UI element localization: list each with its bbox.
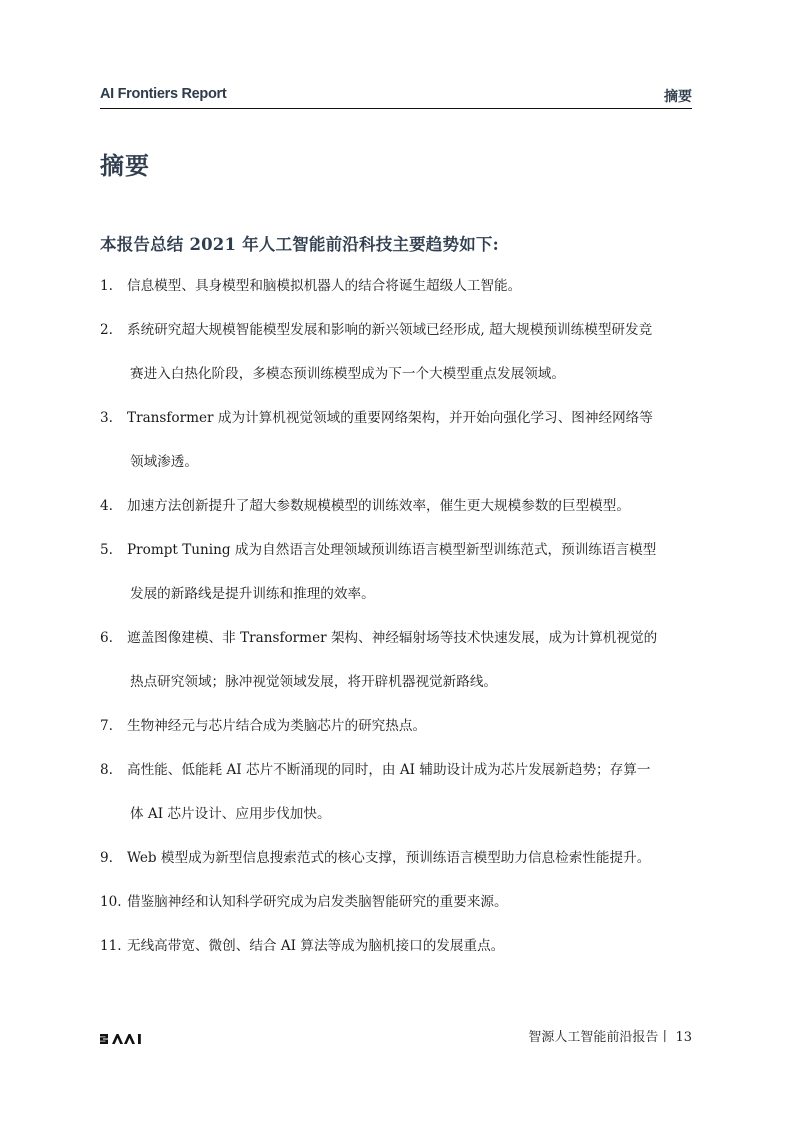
item-text: Web 模型成为新型信息搜索范式的核心支撑，预训练语言模型助力信息检索性能提升。 [100, 847, 694, 869]
trend-list: 1. 信息模型、具身模型和脑模拟机器人的结合将诞生超级人工智能。 2. 系统研究… [100, 275, 694, 957]
item-number: 10. [100, 891, 122, 913]
list-item: 4. 加速方法创新提升了超大参数规模模型的训练效率，催生更大规模参数的巨型模型。 [100, 495, 694, 517]
item-text: 借鉴脑神经和认知科学研究成为启发类脑智能研究的重要来源。 [100, 891, 694, 913]
list-item: 5. Prompt Tuning 成为自然语言处理领域预训练语言模型新型训练范式… [100, 539, 694, 605]
list-item: 9. Web 模型成为新型信息搜索范式的核心支撑，预训练语言模型助力信息检索性能… [100, 847, 694, 869]
list-item: 11. 无线高带宽、微创、结合 AI 算法等成为脑机接口的发展重点。 [100, 935, 694, 957]
item-number: 2. [100, 319, 113, 341]
running-header: AI Frontiers Report 摘要 [100, 86, 692, 109]
item-text-continued: 热点研究领域；脉冲视觉领域发展，将开辟机器视觉新路线。 [100, 671, 694, 693]
item-text-continued: 发展的新路线是提升训练和推理的效率。 [100, 583, 694, 605]
list-item: 10. 借鉴脑神经和认知科学研究成为启发类脑智能研究的重要来源。 [100, 891, 694, 913]
list-item: 1. 信息模型、具身模型和脑模拟机器人的结合将诞生超级人工智能。 [100, 275, 694, 297]
item-number: 4. [100, 495, 113, 517]
item-text-continued: 体 AI 芯片设计、应用步伐加快。 [100, 803, 694, 825]
list-item: 2. 系统研究超大规模智能模型发展和影响的新兴领域已经形成, 超大规模预训练模型… [100, 319, 694, 385]
item-number: 8. [100, 759, 113, 781]
section-name: 摘要 [664, 86, 692, 106]
item-text: 系统研究超大规模智能模型发展和影响的新兴领域已经形成, 超大规模预训练模型研发竞 [100, 319, 694, 341]
item-number: 9. [100, 847, 113, 869]
item-number: 11. [100, 935, 122, 957]
item-text: 无线高带宽、微创、结合 AI 算法等成为脑机接口的发展重点。 [100, 935, 694, 957]
page-title: 摘要 [100, 146, 150, 181]
list-item: 3. Transformer 成为计算机视觉领域的重要网络架构，并开始向强化学习… [100, 407, 694, 473]
item-text: 生物神经元与芯片结合成为类脑芯片的研究热点。 [100, 715, 694, 737]
item-text: 信息模型、具身模型和脑模拟机器人的结合将诞生超级人工智能。 [100, 275, 694, 297]
item-text-continued: 赛进入白热化阶段，多模态预训练模型成为下一个大模型重点发展领域。 [100, 363, 694, 385]
baai-logo [99, 1030, 147, 1049]
list-item: 8. 高性能、低能耗 AI 芯片不断涌现的同时，由 AI 辅助设计成为芯片发展新… [100, 759, 694, 825]
list-item: 7. 生物神经元与芯片结合成为类脑芯片的研究热点。 [100, 715, 694, 737]
item-text: Transformer 成为计算机视觉领域的重要网络架构，并开始向强化学习、图神… [100, 407, 694, 429]
item-number: 7. [100, 715, 113, 737]
item-number: 6. [100, 627, 113, 649]
item-number: 1. [100, 275, 113, 297]
intro-heading: 本报告总结 2021 年人工智能前沿科技主要趋势如下: [100, 231, 499, 255]
item-text: 加速方法创新提升了超大参数规模模型的训练效率，催生更大规模参数的巨型模型。 [100, 495, 694, 517]
item-text: 高性能、低能耗 AI 芯片不断涌现的同时，由 AI 辅助设计成为芯片发展新趋势；… [100, 759, 694, 781]
list-item: 6. 遮盖图像建模、非 Transformer 架构、神经辐射场等技术快速发展，… [100, 627, 694, 693]
item-text: Prompt Tuning 成为自然语言处理领域预训练语言模型新型训练范式，预训… [100, 539, 694, 561]
item-number: 3. [100, 407, 113, 429]
footer-page-label: 智源人工智能前沿报告丨 13 [528, 1026, 692, 1045]
item-text-continued: 领域渗透。 [100, 451, 694, 473]
item-text: 遮盖图像建模、非 Transformer 架构、神经辐射场等技术快速发展，成为计… [100, 627, 694, 649]
report-name: AI Frontiers Report [100, 86, 226, 102]
item-number: 5. [100, 539, 113, 561]
